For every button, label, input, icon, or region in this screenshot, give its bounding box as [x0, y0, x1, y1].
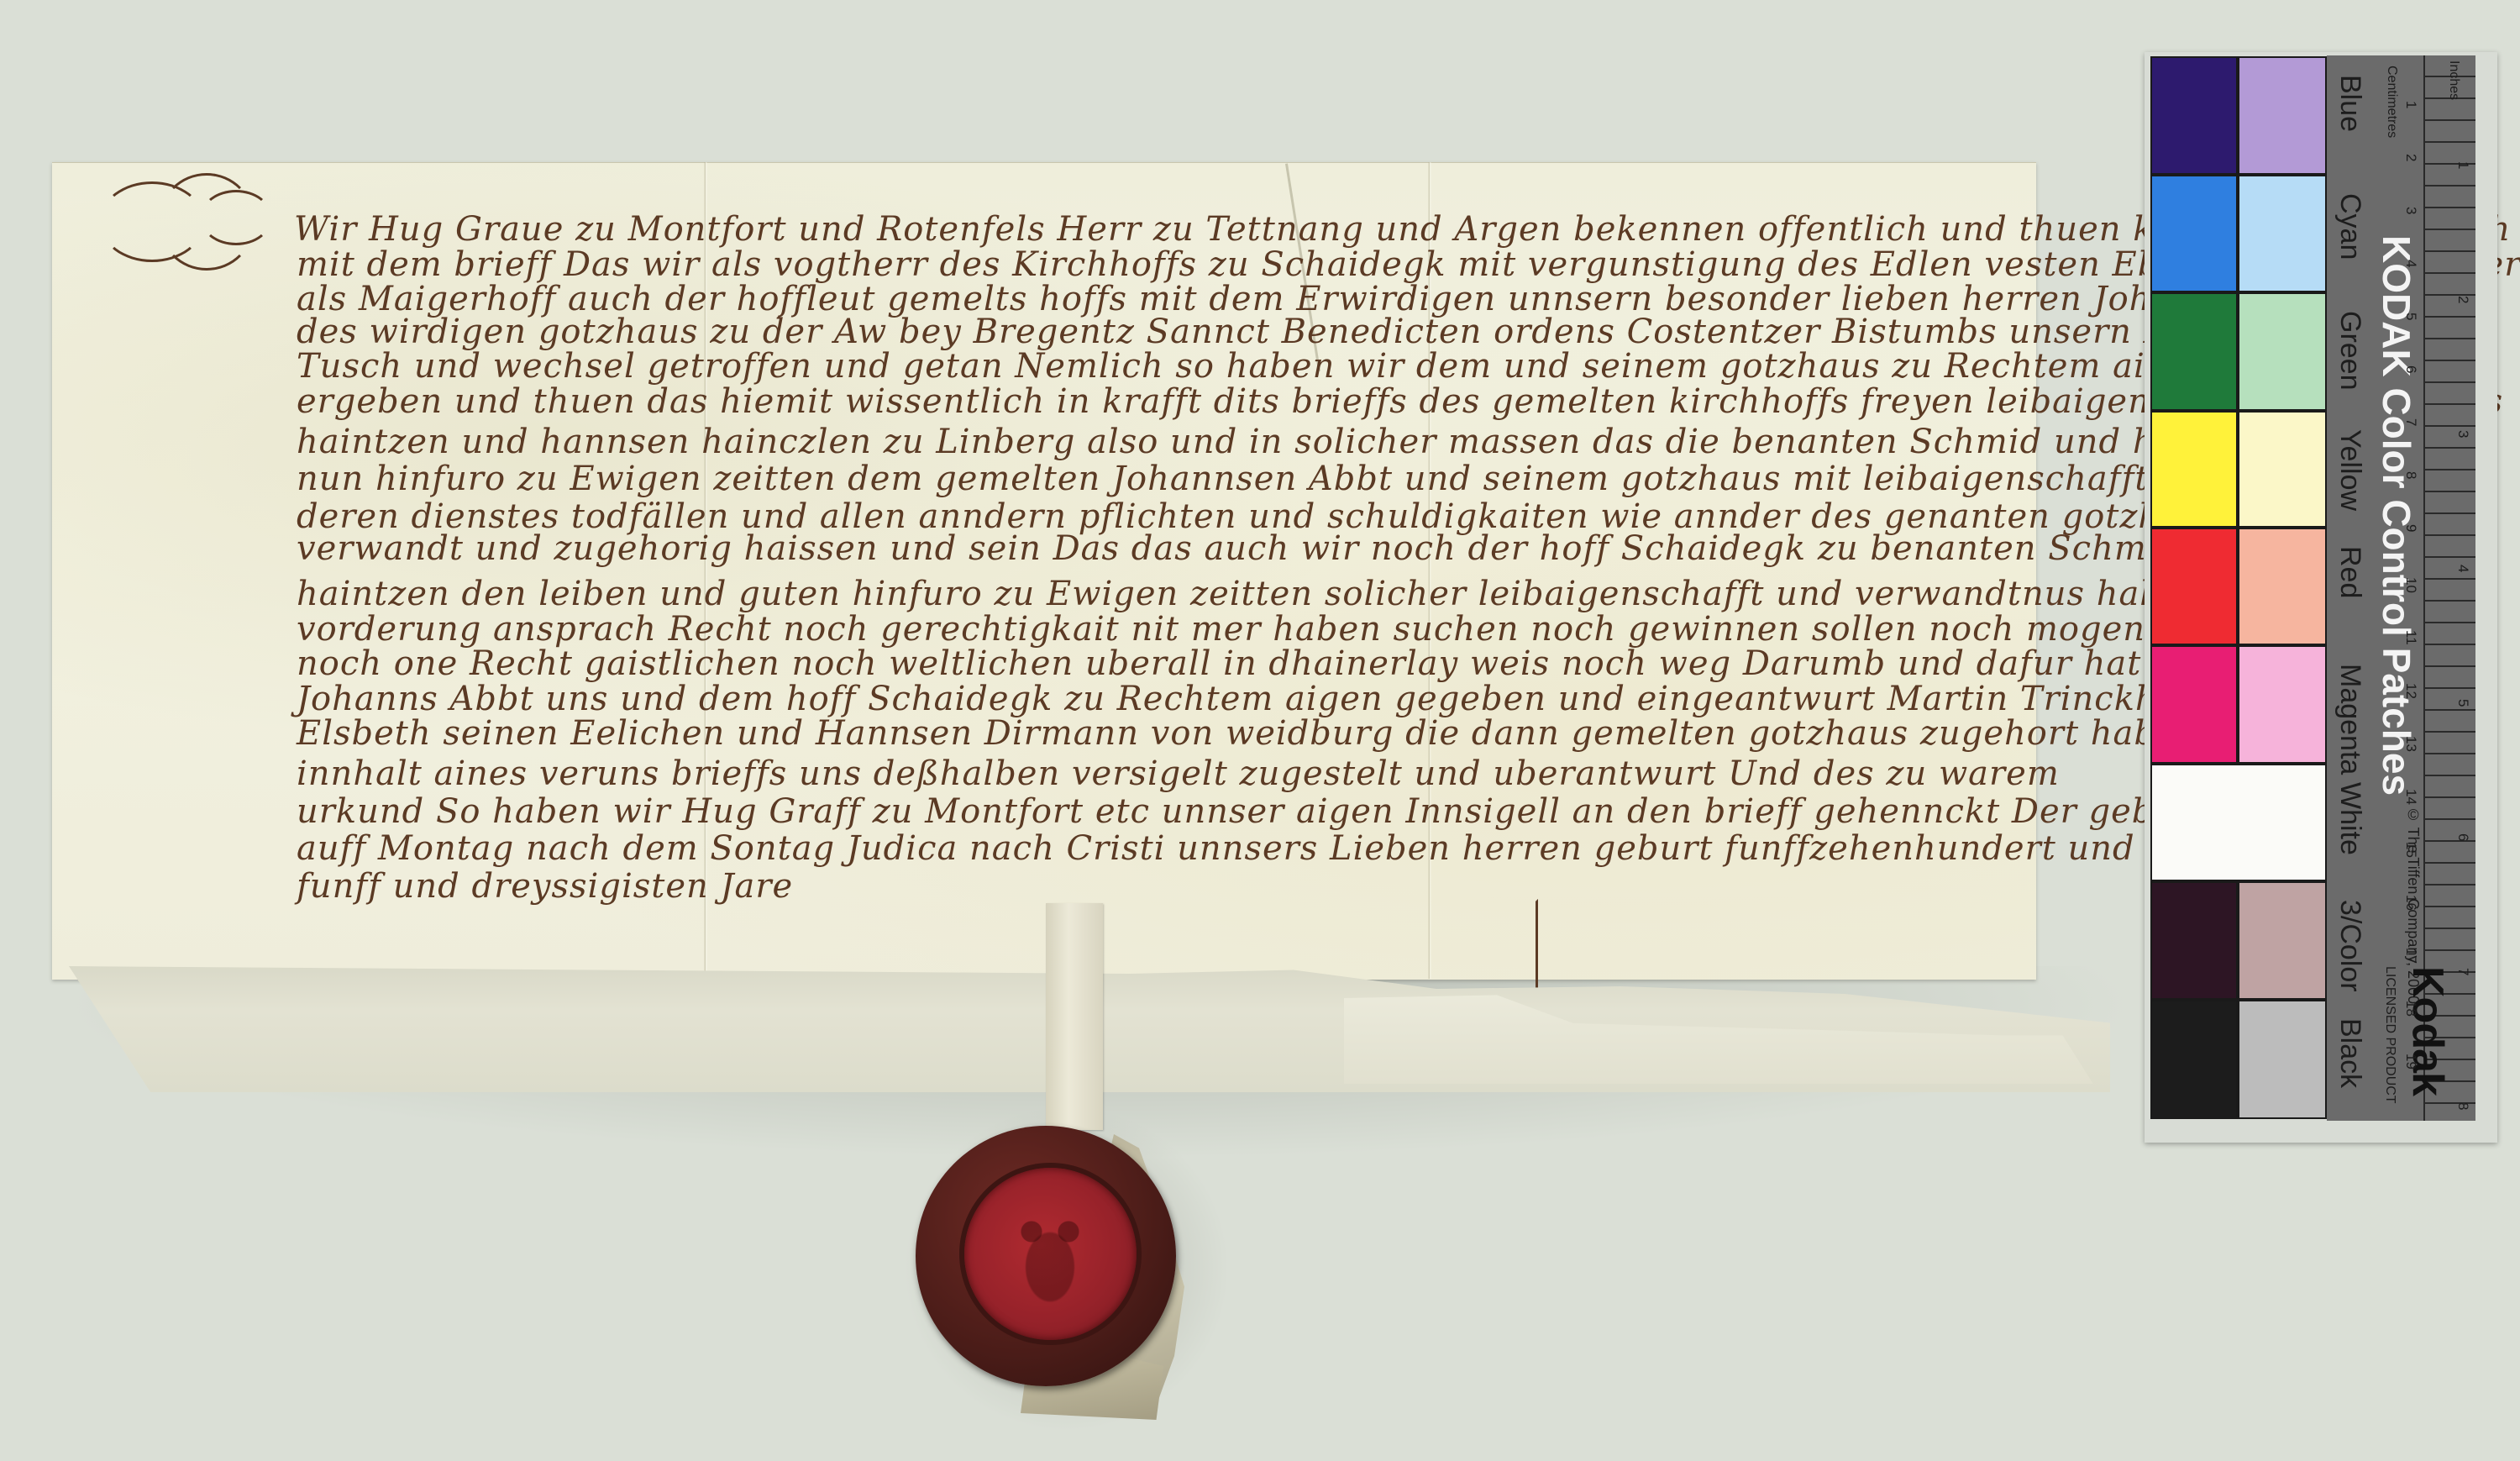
color-name-label: Green — [2334, 311, 2366, 391]
color-patch-white — [2150, 764, 2327, 881]
text-line: funff und dreyssigisten Jare — [297, 867, 793, 906]
text-line: noch one Recht gaistlichen noch weltlich… — [297, 644, 2348, 683]
color-patch-red-light — [2238, 528, 2327, 645]
text-line: urkund So haben wir Hug Graff zu Montfor… — [297, 792, 2253, 831]
color-name-label: Cyan — [2334, 193, 2366, 260]
inch-mark-label: 4 — [2454, 565, 2471, 572]
color-name-label: White — [2334, 782, 2366, 855]
cm-mark-label: 10 — [2402, 577, 2419, 593]
color-patch-green-dark — [2150, 292, 2238, 411]
cm-mark-label: 15 — [2402, 842, 2419, 858]
text-line: auff Montag nach dem Sontag Judica nach … — [297, 829, 2135, 868]
text-line: Johanns Abbt uns und dem hoff Schaidegk … — [297, 680, 2213, 718]
inch-mark-label: 7 — [2454, 968, 2471, 975]
color-name-label: Blue — [2334, 75, 2366, 132]
text-line: haintzen und hannsen hainczlen zu Linber… — [297, 423, 2393, 461]
text-line: vorderung ansprach Recht noch gerechtigk… — [297, 610, 2338, 649]
color-patch-magenta-light — [2238, 645, 2327, 764]
licensed-product-label: LICENSED PRODUCT — [2382, 966, 2397, 1104]
inch-mark-label: 5 — [2454, 699, 2471, 707]
color-name-label: Red — [2334, 546, 2366, 598]
color-patch-black-light — [2238, 1000, 2327, 1119]
color-name-label: 3/Color — [2334, 900, 2366, 992]
color-name-label: Black — [2334, 1018, 2366, 1088]
cm-mark-label: 6 — [2402, 365, 2419, 373]
color-patch-black-dark — [2150, 1000, 2238, 1119]
cm-mark-label: 5 — [2402, 313, 2419, 320]
cm-mark-label: 8 — [2402, 471, 2419, 479]
text-line: innhalt aines veruns brieffs uns deßhalb… — [297, 754, 2060, 793]
color-patch-yellow-light — [2238, 411, 2327, 528]
color-patch-3-color-light — [2238, 881, 2327, 1000]
kodak-logo: Kodak — [2402, 966, 2453, 1096]
inch-mark-label: 2 — [2454, 296, 2471, 303]
color-patch-blue-dark — [2150, 56, 2238, 175]
cm-mark-label: 4 — [2402, 260, 2419, 267]
color-name-label: Magenta — [2334, 664, 2366, 775]
color-patch-red-dark — [2150, 528, 2238, 645]
cm-mark-label: 19 — [2402, 1054, 2419, 1069]
color-patch-3-color-dark — [2150, 881, 2238, 1000]
inch-mark-label: 8 — [2454, 1102, 2471, 1110]
cm-mark-label: 7 — [2402, 418, 2419, 426]
text-line: nun hinfuro zu Ewigen zeitten dem gemelt… — [297, 460, 2246, 498]
color-name-label: Yellow — [2334, 429, 2366, 511]
text-line: verwandt und zugehorig haissen und sein … — [297, 529, 2464, 568]
cm-mark-label: 9 — [2402, 524, 2419, 532]
cm-mark-label: 17 — [2402, 948, 2419, 964]
inches-label: Inches — [2446, 60, 2461, 100]
seal-tag-strip — [1046, 903, 1103, 1130]
cm-mark-label: 12 — [2402, 683, 2419, 699]
text-line: Tusch und wechsel getroffen und getan Ne… — [297, 347, 2453, 386]
cm-mark-label: 13 — [2402, 736, 2419, 752]
cm-mark-label: 2 — [2402, 154, 2419, 161]
decorated-initial — [99, 173, 280, 274]
centimetres-label: Centimetres — [2384, 66, 2399, 138]
color-patch-yellow-dark — [2150, 411, 2238, 528]
seal-emblem-icon — [1004, 1201, 1096, 1302]
cm-mark-label: 11 — [2402, 630, 2419, 645]
ruler-scale — [2423, 55, 2475, 1121]
initial-flourish-loop — [200, 190, 272, 245]
text-line: des wirdigen gotzhaus zu der Aw bey Breg… — [297, 313, 2290, 351]
cm-mark-label: 18 — [2402, 1001, 2419, 1017]
color-patch-green-light — [2238, 292, 2327, 411]
inch-mark-label: 1 — [2454, 161, 2471, 169]
color-patch-blue-light — [2238, 56, 2327, 175]
text-line: haintzen den leiben und guten hinfuro zu… — [297, 575, 2375, 613]
cm-mark-label: 16 — [2402, 895, 2419, 911]
text-line: Elsbeth seinen Eelichen und Hannsen Dirm… — [297, 714, 2297, 753]
color-patch-magenta-dark — [2150, 645, 2238, 764]
color-patch-cyan-light — [2238, 175, 2327, 292]
cm-mark-label: 3 — [2402, 207, 2419, 214]
inch-mark-label: 3 — [2454, 430, 2471, 438]
cm-mark-label: 1 — [2402, 101, 2419, 108]
inch-mark-label: 6 — [2454, 833, 2471, 841]
color-patch-cyan-dark — [2150, 175, 2238, 292]
cm-mark-label: 14 — [2402, 789, 2419, 805]
